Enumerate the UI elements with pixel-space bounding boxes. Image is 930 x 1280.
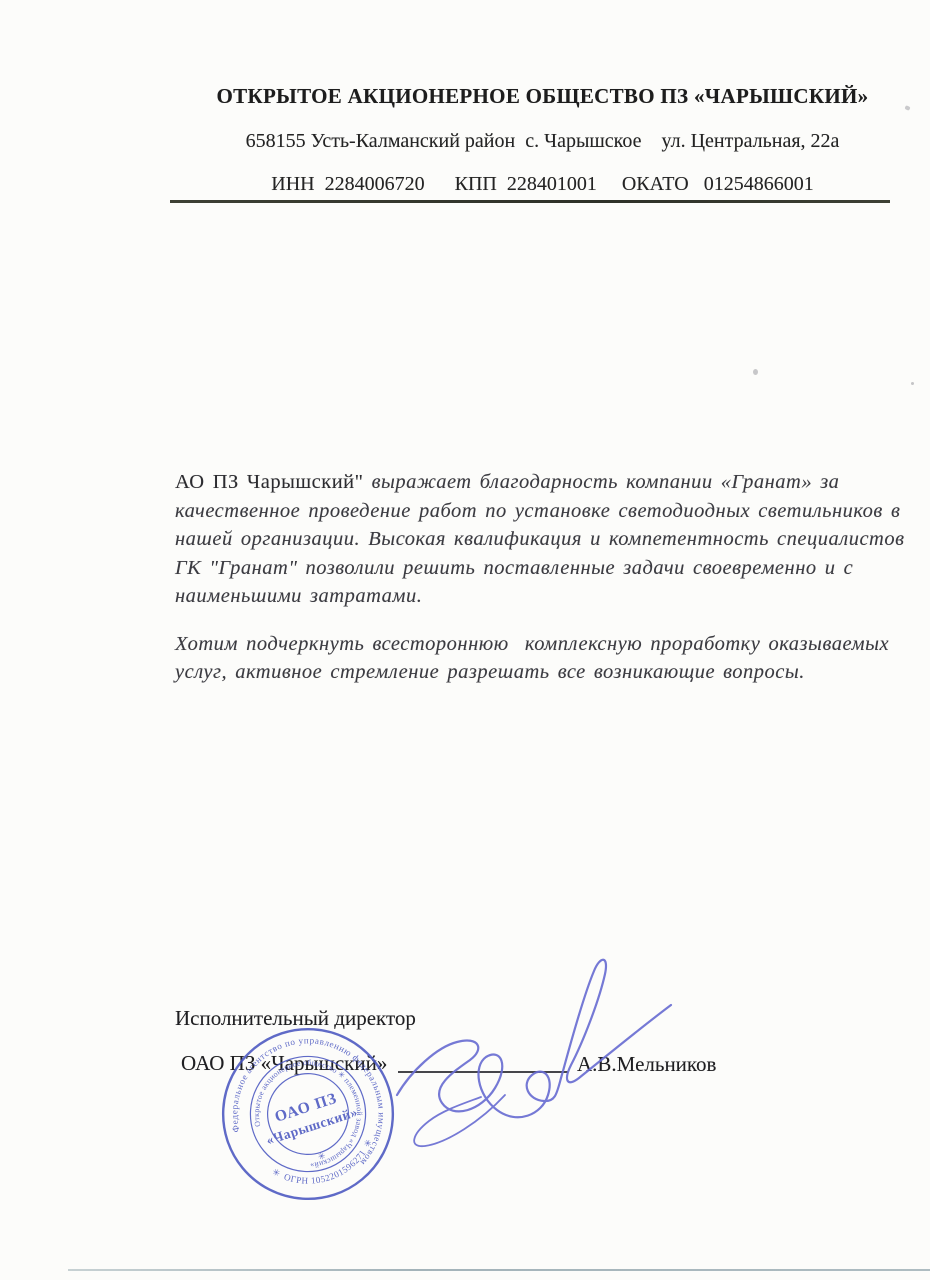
paragraph-1: АО ПЗ Чарышский" выражает благодарность … (175, 468, 920, 611)
org-codes: ИНН 2284006720 КПП 228401001 ОКАТО 01254… (170, 173, 915, 196)
scan-bottom-edge-artifact (68, 1269, 930, 1271)
letterhead-divider-rule (170, 200, 890, 203)
text-line: Хотим подчеркнуть всестороннюю комплексн… (175, 630, 920, 659)
paragraph-1-line-1: АО ПЗ Чарышский" выражает благодарность … (175, 468, 920, 497)
text-line: качественное проведение работ по установ… (175, 497, 920, 526)
scan-speck (753, 369, 758, 375)
scanned-letter-page: { "letterhead": { "title": "ОТКРЫТОЕ АКЦ… (0, 0, 930, 1280)
handwritten-signature (385, 945, 715, 1160)
company-seal-stamp-icon: Федеральное агентство по управлению феде… (207, 1013, 409, 1215)
paragraph-1-line-1-rest: выражает благодарность компании «Гранат»… (364, 471, 840, 493)
paragraph-1-lead: АО ПЗ Чарышский" (175, 471, 364, 493)
signature-underloop-stroke (414, 1095, 505, 1146)
org-address: 658155 Усть-Калманский район с. Чарышско… (170, 130, 915, 153)
text-line: ГК "Гранат" позволили решить поставленны… (175, 554, 920, 583)
paragraph-1-lines: качественное проведение работ по установ… (175, 497, 920, 611)
paragraph-2: Хотим подчеркнуть всестороннюю комплексн… (175, 630, 920, 687)
scan-speck (904, 105, 910, 111)
text-line: услуг, активное стремление разрешать все… (175, 658, 920, 687)
org-title: ОТКРЫТОЕ АКЦИОНЕРНОЕ ОБЩЕСТВО ПЗ «ЧАРЫШС… (170, 84, 915, 109)
text-line: нашей организации. Высокая квалификация … (175, 525, 920, 554)
signature-main-stroke (397, 960, 671, 1117)
text-line: наименьшими затратами. (175, 582, 920, 611)
scan-speck (911, 382, 914, 385)
letter-body: АО ПЗ Чарышский" выражает благодарность … (175, 468, 920, 687)
